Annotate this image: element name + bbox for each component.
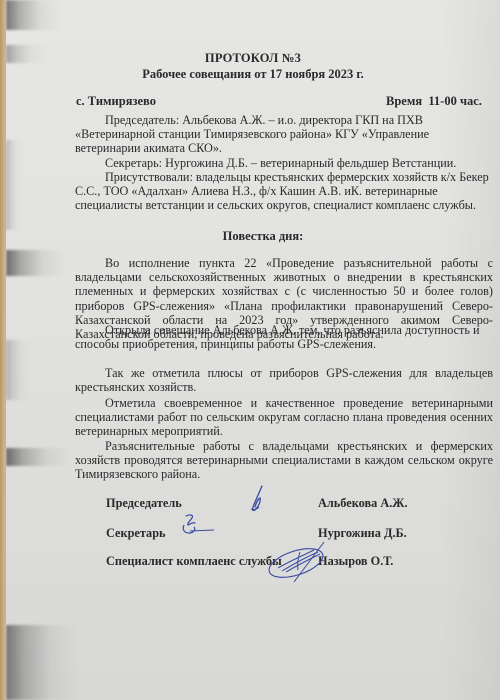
signature-role: Секретарь	[106, 526, 166, 541]
handwritten-signature-icon	[178, 512, 216, 538]
chairman-paragraph: Председатель: Альбекова А.Ж. – и.о. дире…	[75, 113, 493, 156]
signature-row-secretary: Секретарь Нургожина Д.Б.	[6, 526, 500, 544]
agenda-paragraph: Так же отметила плюсы от приборов GPS-сл…	[75, 366, 493, 394]
attendees-paragraph: Присутствовали: владельцы крестьянских ф…	[75, 170, 493, 213]
signature-name: Альбекова А.Ж.	[318, 496, 408, 511]
meeting-place: с. Тимирязево	[76, 94, 156, 109]
handwritten-signature-icon	[264, 536, 332, 586]
signature-role: Специалист комплаенс службы	[106, 554, 282, 569]
protocol-document: ПРОТОКОЛ №3 Рабочее совещания от 17 нояб…	[6, 0, 500, 700]
handwritten-signature-icon	[247, 485, 269, 515]
scanned-page: ПРОТОКОЛ №3 Рабочее совещания от 17 нояб…	[6, 0, 500, 700]
agenda-paragraph: Отметила своевременное и качественное пр…	[75, 396, 493, 439]
signature-row-compliance: Специалист комплаенс службы Назыров О.Т.	[6, 554, 500, 572]
document-subtitle: Рабочее совещания от 17 ноября 2023 г.	[6, 67, 500, 82]
signature-role: Председатель	[106, 496, 182, 511]
document-title: ПРОТОКОЛ №3	[6, 51, 500, 66]
agenda-paragraph: Разъяснительные работы с владельцами кре…	[75, 439, 493, 482]
agenda-paragraph: Открыла совещание Альбекова А.Ж. тем, чт…	[75, 323, 493, 351]
secretary-paragraph: Секретарь: Нургожина Д.Б. – ветеринарный…	[75, 156, 493, 170]
agenda-heading: Повестка дня:	[6, 229, 500, 244]
meeting-time: Время 11-00 час.	[386, 94, 482, 109]
